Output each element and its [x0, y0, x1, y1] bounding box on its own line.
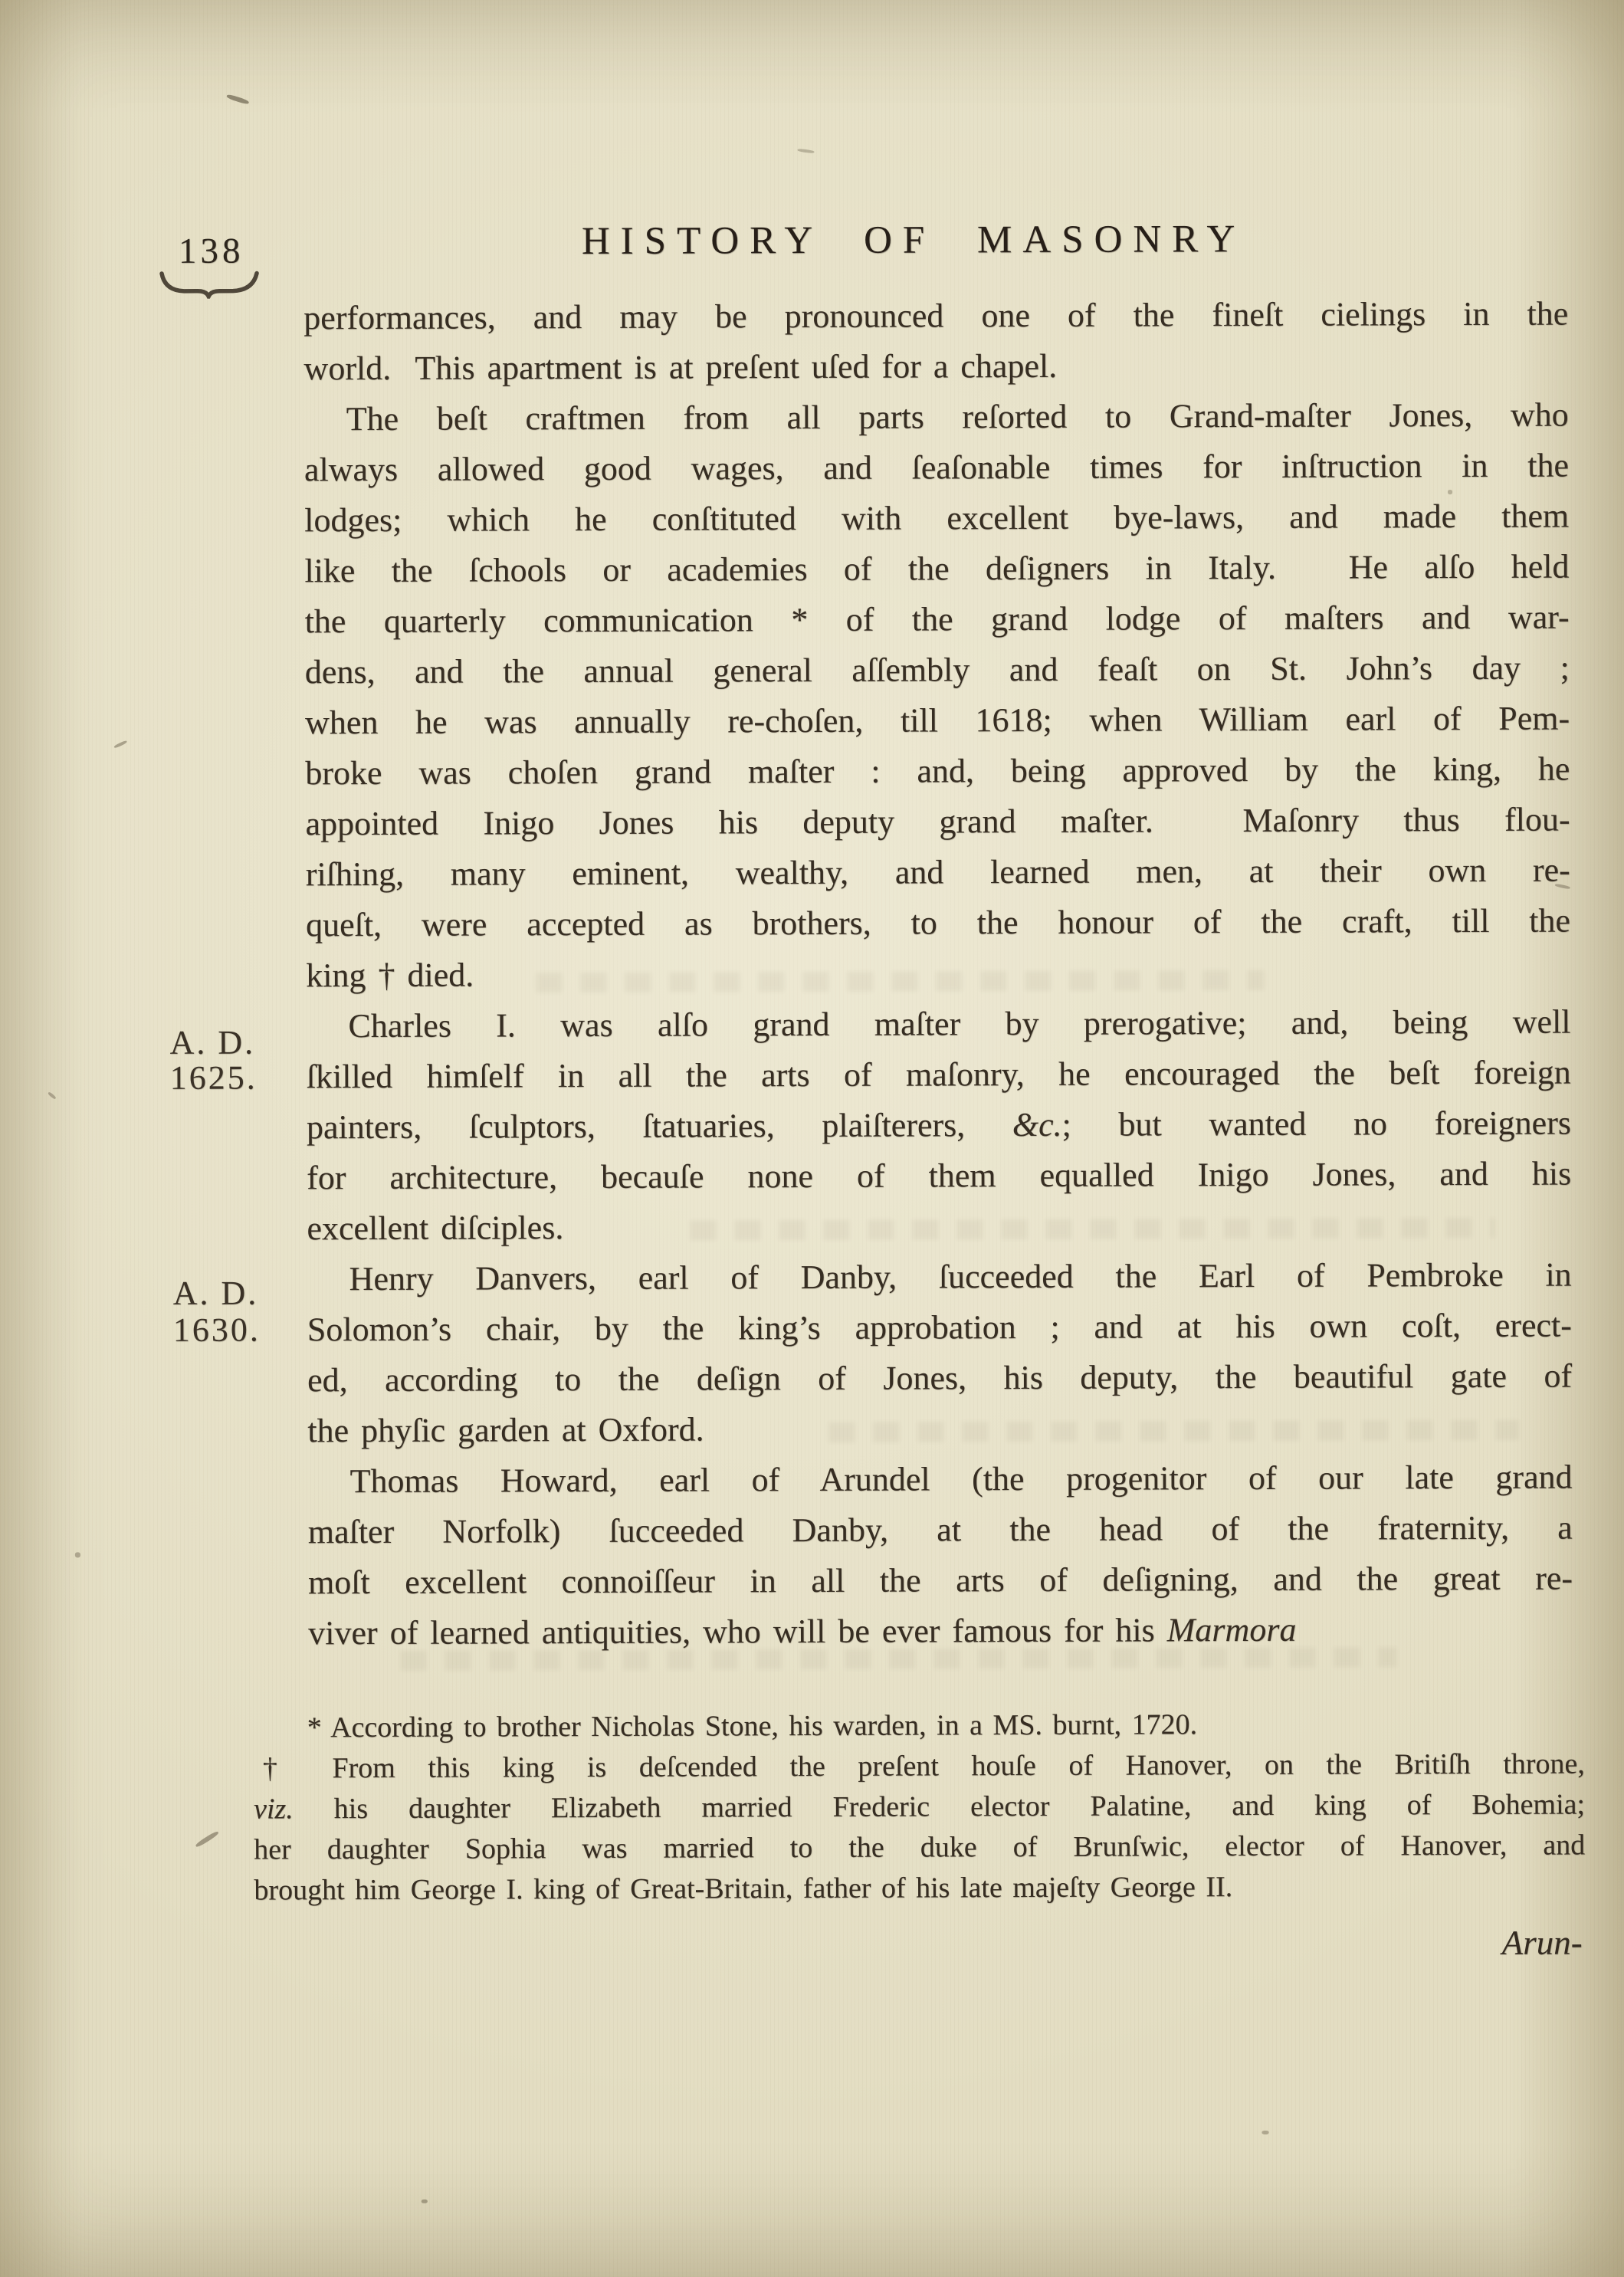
show-through-ghost	[690, 1218, 1494, 1241]
page-number-brace-icon	[158, 270, 261, 299]
show-through-ghost	[400, 1647, 1396, 1671]
body-line: broke was choſen grand maſter : and, bei…	[305, 744, 1570, 799]
footnote-block: * According to brother Nicholas Stone, h…	[254, 1703, 1586, 1911]
show-through-ghost	[828, 1420, 1518, 1442]
body-line: world. This apartment is at preſent uſed…	[303, 340, 1568, 395]
body-line: painters, ſculptors, ſtatuaries, plaiſte…	[307, 1098, 1571, 1153]
body-line: for architecture, becauſe none of them e…	[307, 1149, 1571, 1204]
body-line: when he was annually re-choſen, till 161…	[305, 694, 1570, 749]
body-line: Charles I. was alſo grand maſter by prer…	[306, 997, 1570, 1052]
body-line: ſkilled himſelf in all the arts of maſon…	[307, 1048, 1571, 1103]
margin-note-1630: A. D. 1630.	[173, 1275, 261, 1349]
footnote-line: brought him George I. king of Great-Brit…	[254, 1865, 1585, 1911]
footnote-line: viz. his daughter Elizabeth married Fred…	[254, 1784, 1585, 1829]
body-line: dens, and the annual general aſſembly an…	[305, 643, 1570, 698]
body-line: appointed Inigo Jones his deputy grand m…	[305, 795, 1570, 850]
margin-note-1625: A. D. 1625.	[169, 1025, 257, 1096]
footnote-line: her daughter Sophia was married to the d…	[254, 1825, 1585, 1870]
body-line: performances, and may be pronounced one …	[303, 289, 1568, 344]
paper-speck	[113, 740, 127, 749]
body-line: riſhing, many eminent, wealthy, and lear…	[306, 845, 1570, 901]
body-line: queſt, were accepted as brothers, to the…	[306, 896, 1570, 951]
body-line-segment: viver of learned antiquities, who will b…	[308, 1611, 1167, 1652]
margin-note-era: A. D.	[173, 1275, 261, 1312]
footnote-line: * According to brother Nicholas Stone, h…	[254, 1703, 1585, 1748]
body-line: the quarterly communication * of the gra…	[305, 592, 1570, 648]
body-line: lodges; which he conſtituted with excell…	[304, 491, 1569, 546]
footnote-italic-segment: viz.	[254, 1793, 294, 1825]
paper-speck	[195, 1830, 219, 1848]
paper-speck	[422, 2200, 428, 2203]
margin-note-year: 1625.	[170, 1061, 258, 1096]
body-line: Thomas Howard, earl of Arundel (the prog…	[307, 1452, 1572, 1508]
body-line: maſter Norfolk) ſucceeded Danby, at the …	[308, 1503, 1573, 1558]
footnote-segment: his daughter Elizabeth married Frederic …	[294, 1788, 1585, 1825]
book-page: 138 HISTORY OF MASONRY A. D. 1625. A. D.…	[0, 0, 1624, 2277]
show-through-ghost	[536, 970, 1264, 992]
body-line: The beſt craftmen from all parts reſorte…	[304, 390, 1569, 445]
body-line: ed, according to the deſign of Jones, hi…	[307, 1351, 1572, 1406]
paper-speck	[48, 1091, 57, 1100]
body-line: like the ſchools or academies of the deſ…	[304, 542, 1569, 597]
paper-speck	[797, 149, 814, 154]
body-line-segment: painters, ſculptors, ſtatuaries, plaiſte…	[307, 1106, 1012, 1146]
running-title: HISTORY OF MASONRY	[582, 217, 1246, 264]
margin-note-era: A. D.	[169, 1025, 257, 1061]
paper-speck	[1448, 490, 1452, 494]
page-number: 138	[179, 231, 244, 272]
catchword: Arun-	[1502, 1922, 1583, 1962]
paper-speck	[1262, 2131, 1269, 2134]
body-line-italic-segment: &c.	[1012, 1106, 1062, 1143]
body-line: moſt excellent connoiſſeur in all the ar…	[308, 1554, 1573, 1609]
footnote-line: † From this king is deſcended the preſen…	[254, 1744, 1585, 1789]
page-content: 138 HISTORY OF MASONRY A. D. 1625. A. D.…	[0, 0, 1624, 2277]
paper-speck	[75, 1552, 80, 1557]
body-line: always allowed good wages, and ſeaſonabl…	[304, 441, 1569, 496]
body-line: Henry Danvers, earl of Danby, ſucceeded …	[307, 1250, 1572, 1305]
margin-note-year: 1630.	[173, 1312, 261, 1349]
body-line-segment: ; but wanted no foreigners	[1062, 1104, 1572, 1143]
paper-speck	[226, 94, 249, 105]
body-line-italic-segment: Marmora	[1167, 1611, 1297, 1649]
body-line: Solomon’s chair, by the king’s approbati…	[307, 1301, 1572, 1356]
